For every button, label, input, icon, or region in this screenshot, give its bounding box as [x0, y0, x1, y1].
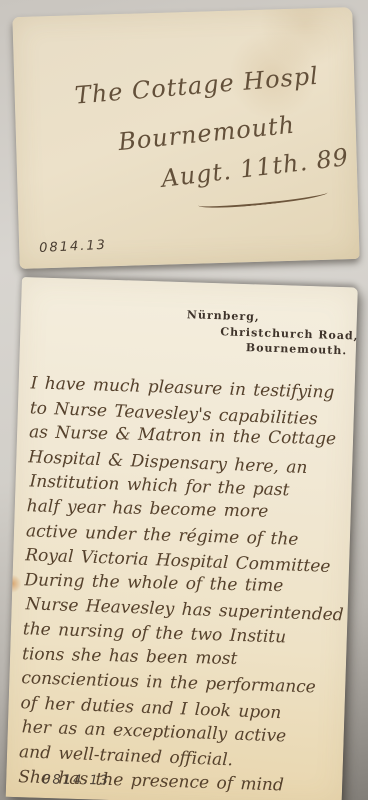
- card-accession-number: 0814.13: [39, 238, 107, 256]
- letterhead-street: Christchurch Road,: [220, 325, 358, 342]
- letter-page: Nürnberg, Christchurch Road, Bournemouth…: [6, 277, 358, 800]
- flourish-underline: [198, 189, 328, 211]
- envelope-card: The Cottage Hospl Bournemouth Augt. 11th…: [12, 7, 359, 269]
- letterhead-city: Nürnberg,: [187, 308, 260, 323]
- letterhead-town: Bournemouth.: [246, 341, 348, 357]
- letter-accession-number: 0814.13: [42, 772, 110, 788]
- letter-body: I have much pleasure in testifying to Nu…: [18, 371, 349, 799]
- card-address-line1: The Cottage Hospl: [74, 62, 320, 110]
- card-address-line2: Bournemouth: [117, 111, 296, 156]
- printed-letterhead: Nürnberg, Christchurch Road, Bournemouth…: [22, 277, 358, 288]
- card-date: Augt. 11th. 89: [160, 143, 350, 193]
- photo-background: The Cottage Hospl Bournemouth Augt. 11th…: [0, 0, 368, 800]
